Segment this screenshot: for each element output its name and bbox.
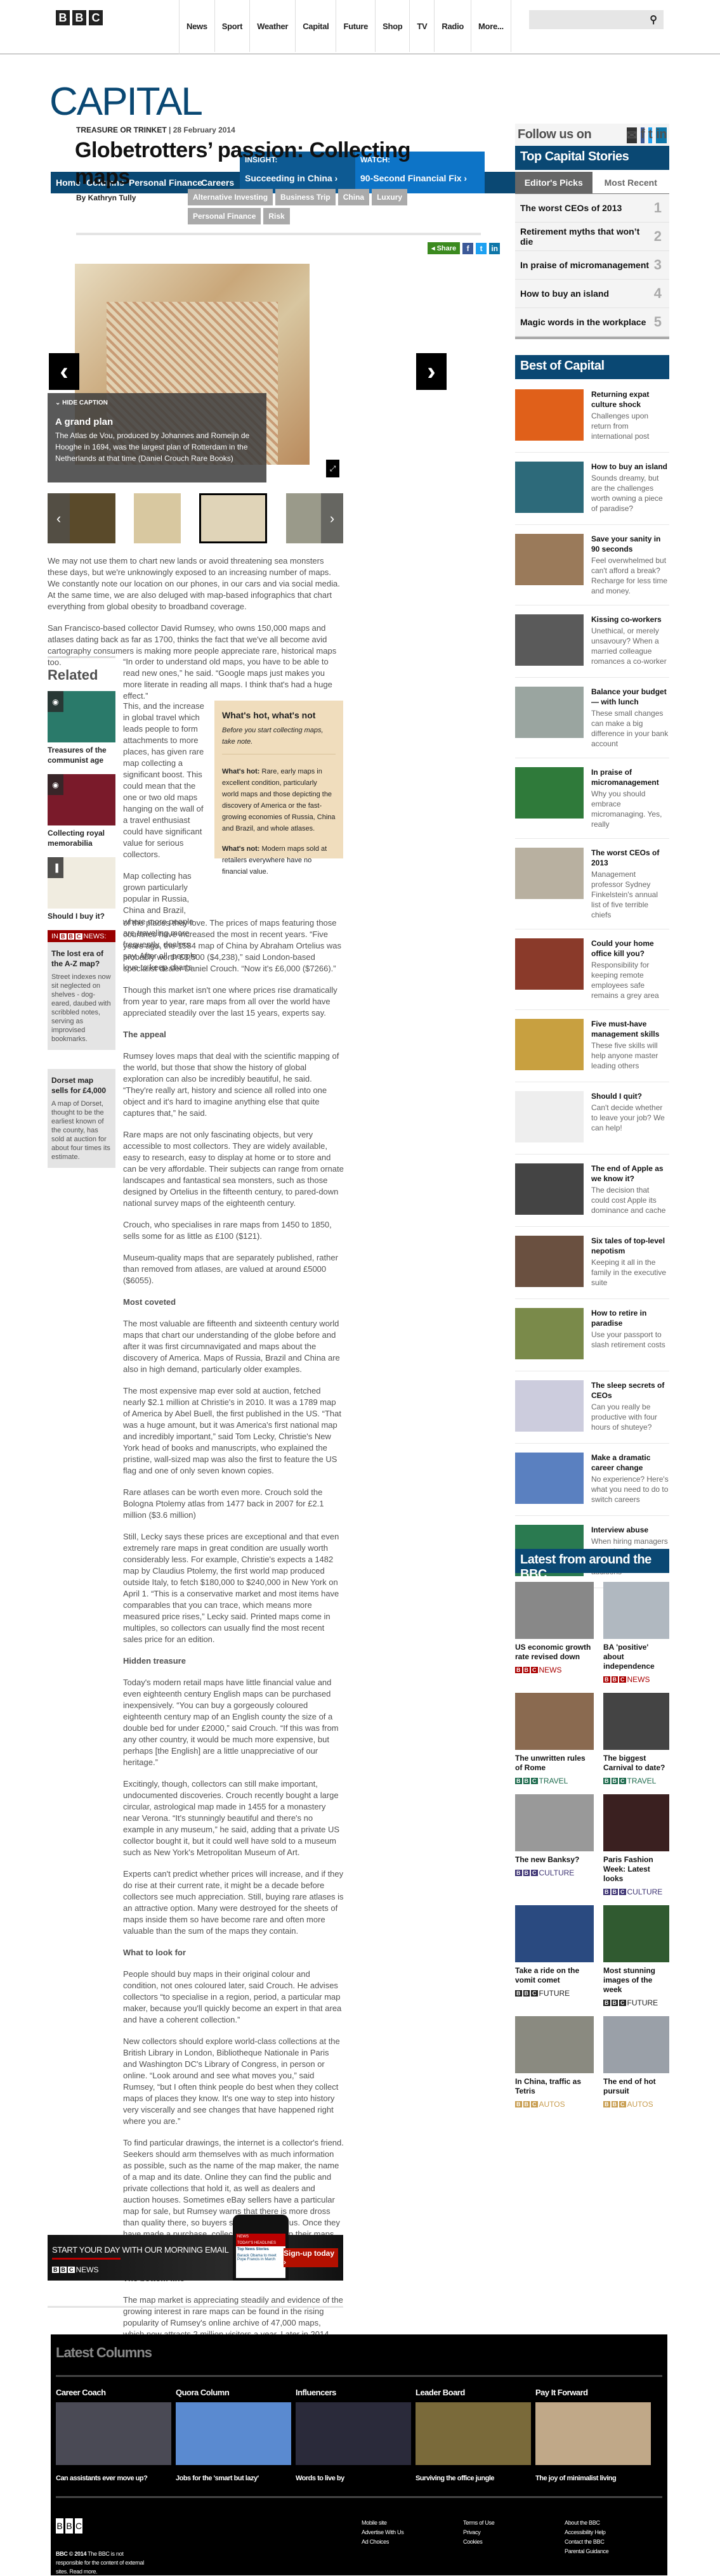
footer-link[interactable]: Terms of Use [463,2518,494,2528]
bbc-logo[interactable]: B B C [56,10,103,25]
thumbnail [515,1582,594,1639]
footer-link[interactable]: Parental Guidance [565,2547,608,2556]
bbc-brand-logo: BBCTRAVEL [515,1777,594,1785]
twitter-icon[interactable]: t [476,243,487,254]
nav-sport[interactable]: Sport [215,0,250,52]
column-card[interactable]: Career CoachCan assistants ever move up? [56,2388,171,2483]
latest-item[interactable]: The new Banksy?BBCCULTURE [515,1794,594,1896]
best-of-item[interactable]: Six tales of top-level nepotismKeeping i… [515,1227,669,1299]
divider [48,2306,343,2308]
best-of-item[interactable]: Make a dramatic career changeNo experien… [515,1444,669,1516]
column-card[interactable]: InfluencersWords to live by [296,2388,411,2483]
nav-capital[interactable]: Capital [296,0,336,52]
latest-item[interactable]: The biggest Carnival to date?BBCTRAVEL [603,1693,669,1785]
chevron-right-icon: › [427,358,435,386]
thumbnail[interactable] [134,493,181,543]
bbc-brand-logo: BBCFUTURE [515,1989,594,1998]
paragraph: Rare atlases can be worth even more. Cro… [123,1487,344,1521]
thumbnail [515,1905,594,1962]
thumbnail [515,767,584,819]
linkedin-icon[interactable]: in [656,127,667,143]
thumbs-next-button[interactable]: › [321,493,343,543]
latest-item[interactable]: Paris Fashion Week: Latest looksBBCCULTU… [603,1794,669,1896]
thumbnail [176,2402,291,2465]
paragraph: Today's modern retail maps have little f… [123,1677,344,1768]
latest-from-bbc-title: Latest from around the BBC [515,1549,669,1573]
article-kicker: TREASURE OR TRINKET | 28 February 2014 [76,126,235,134]
top-story-item[interactable]: How to buy an island4 [515,280,669,308]
related-panel: Related ◉ Treasures of the communist age… [48,656,115,1187]
news-item[interactable]: The lost era of the A-Z map? Street inde… [48,942,115,1050]
best-of-item[interactable]: In praise of micromanagementWhy you shou… [515,758,669,839]
footer-link[interactable]: Ad Choices [362,2537,403,2547]
column-name: Career Coach [56,2388,171,2397]
thumbnail [603,2016,669,2073]
paragraph: Crouch, who specialises in rare maps fro… [123,1219,344,1242]
latest-item[interactable]: In China, traffic as TetrisBBCAUTOS [515,2016,594,2109]
thumbnail [603,1582,669,1639]
column-card[interactable]: Quora ColumnJobs for the 'smart but lazy… [176,2388,291,2483]
top-story-item[interactable]: Magic words in the workplace5 [515,308,669,337]
search-icon[interactable]: ⚲ [650,13,657,26]
hotbox-title: What's hot, what's not [222,709,336,721]
paragraph: Experts can't predict whether prices wil… [123,1868,344,1937]
column-name: Leader Board [416,2388,531,2397]
top-stories-title: Top Capital Stories [515,146,669,170]
nav-news[interactable]: News [180,0,215,52]
thumbnail [603,1794,669,1851]
news-item[interactable]: Dorset map sells for £4,000 A map of Dor… [48,1069,115,1168]
latest-from-bbc-grid: US economic growth rate revised downBBCN… [515,1582,669,2109]
column-card[interactable]: Leader BoardSurviving the office jungle [416,2388,531,2483]
copyright: BBC © 2014 The BBC is not responsible fo… [56,2549,145,2576]
paragraph: Still, Lecky says these prices are excep… [123,1531,344,1645]
bbc-brand-logo: BBCAUTOS [603,2100,669,2109]
thumbnail [603,1693,669,1750]
tag-luxury[interactable]: Luxury [372,189,407,205]
gallery-next-button[interactable]: › [416,353,447,390]
rank-number: 2 [654,228,662,245]
thumbnail [515,938,584,990]
thumbnail-selected[interactable] [199,493,267,543]
hide-caption-toggle[interactable]: ⌄ HIDE CAPTION [55,399,259,406]
bbc-brand-logo: BBCNEWS [515,1666,594,1674]
morning-email-banner[interactable]: START YOUR DAY WITH OUR MORNING EMAIL BB… [48,2235,343,2281]
gallery-caption: ⌄ HIDE CAPTION A grand plan The Atlas de… [48,393,266,482]
thumbnail [515,1380,584,1432]
caption-text: The Atlas de Vou, produced by Johannes a… [55,430,259,464]
best-of-item[interactable]: The sleep secrets of CEOsCan you really … [515,1371,669,1444]
whats-hot-box: What's hot, what's not Before you start … [214,701,343,858]
thumbs-prev-button[interactable]: ‹ [48,493,70,543]
latest-item[interactable]: The end of hot pursuitBBCAUTOS [603,2016,669,2109]
twitter-icon[interactable]: t [648,127,652,143]
rank-number: 5 [654,314,662,330]
article-intro: We may not use them to chart new lands o… [48,555,343,668]
article-body: of the places they love. The prices of m… [123,917,344,2407]
divider [76,233,481,235]
paragraph: Rare maps are not only fascinating objec… [123,1129,344,1209]
best-of-item[interactable]: Balance your budget — with lunchThese sm… [515,678,669,758]
follow-us-bar: Follow us on ✉ f t in [515,124,669,146]
thumbnail [515,389,584,441]
gallery-prev-button[interactable]: ‹ [49,353,79,390]
caption-title: A grand plan [55,417,259,427]
footer-link[interactable]: Cookies [463,2537,494,2547]
tab-editors-picks[interactable]: Editor's Picks [515,172,592,193]
bbc-brand-logo: BBCNEWS [603,1675,669,1684]
section-heading: The appeal [123,1029,344,1040]
tag-risk[interactable]: Risk [263,208,289,224]
best-of-item[interactable]: Returning expat culture shockChallenges … [515,380,669,453]
tag-alternative-investing[interactable]: Alternative Investing [188,189,273,205]
bbc-brand-logo: BBCCULTURE [603,1887,669,1896]
best-of-item[interactable]: Kissing co-workersUnethical, or merely u… [515,605,669,678]
bbc-brand-logo: BBCFUTURE [603,1998,669,2007]
thumbnail [515,462,584,513]
thumbnail [515,1794,594,1851]
latest-item[interactable]: Take a ride on the vomit cometBBCFUTURE [515,1905,594,2007]
thumbnail [515,848,584,899]
related-item[interactable]: ▐ Should I buy it? [48,857,115,921]
thumbnail [515,1308,584,1359]
best-of-capital-list: Returning expat culture shockChallenges … [515,380,669,1588]
best-of-item[interactable]: Save your sanity in 90 secondsFeel overw… [515,525,669,605]
column-name: Influencers [296,2388,411,2397]
latest-item[interactable]: BA 'positive' about independenceBBCNEWS [603,1582,669,1684]
fullscreen-icon[interactable]: ⤢ [326,460,339,477]
best-of-capital-title: Best of Capital [515,355,669,379]
article-date: | 28 February 2014 [169,126,235,134]
thumbnail [603,1905,669,1962]
paragraph: Though this market isn't one where price… [123,985,344,1019]
footer-link[interactable]: Advertise With Us [362,2528,403,2537]
tag-business-trip[interactable]: Business Trip [275,189,336,205]
tag-personal-finance[interactable]: Personal Finance [188,208,261,224]
rank-number: 3 [654,257,662,273]
footer-link[interactable]: About the BBC [565,2518,608,2528]
bbc-news-logo: BBCNEWS [52,2265,99,2274]
column-name: Quora Column [176,2388,291,2397]
section-heading: Most coveted [123,1297,344,1308]
related-title: Related [48,667,115,683]
byline: By Kathryn Tully [76,193,136,202]
best-of-item[interactable]: Could your home office kill you?Responsi… [515,929,669,1010]
thumbnail [515,1693,594,1750]
thumbnail [515,2016,594,2073]
best-of-item[interactable]: The worst CEOs of 2013Management profess… [515,839,669,929]
tag-china[interactable]: China [338,189,369,205]
thumbnail [515,1163,584,1215]
tab-most-recent[interactable]: Most Recent [592,172,670,193]
camera-icon: ◉ [48,774,63,795]
chevron-left-icon: ‹ [60,358,68,386]
top-story-item[interactable]: Retirement myths that won’t die2 [515,223,669,251]
latest-columns-title: Latest Columns [56,2345,152,2361]
paragraph: New collectors should explore world-clas… [123,2036,344,2127]
paragraph: The most valuable are fifteenth and sixt… [123,1318,344,1375]
thumbnail [515,1236,584,1287]
top-stories: Editor's Picks Most Recent The worst CEO… [515,172,669,339]
newsletter-icon[interactable]: ✉ [627,127,637,143]
phone-illustration: NEWS TODAY'S HEADLINES Top News Stories … [233,2215,289,2281]
thumbnail [296,2402,411,2465]
thumbnail [56,2402,171,2465]
section-heading: What to look for [123,1947,344,1958]
related-item[interactable]: ◉ Treasures of the communist age [48,691,115,765]
nav-future[interactable]: Future [336,0,376,52]
column-card[interactable]: Pay It ForwardThe joy of minimalist livi… [535,2388,651,2483]
capital-logo[interactable]: CAPITAL [49,79,202,124]
global-nav: News Sport Weather Capital Future Shop T… [179,0,511,55]
bbc-brand-logo: BBCCULTURE [515,1868,594,1877]
thumbnail [535,2402,651,2465]
camera-icon: ◉ [48,691,63,712]
latest-item[interactable]: US economic growth rate revised downBBCN… [515,1582,594,1684]
best-of-item[interactable]: Five must-have management skillsThese fi… [515,1010,669,1082]
chart-icon: ▐ [48,857,63,878]
latest-item[interactable]: The unwritten rules of RomeBBCTRAVEL [515,1693,594,1785]
in-bbc-news-header: IN BBC NEWS: [48,930,115,942]
facebook-icon[interactable]: f [462,243,473,254]
top-story-item[interactable]: In praise of micromanagement3 [515,251,669,280]
bbc-brand-logo: BBCAUTOS [515,2100,594,2109]
footer-link[interactable]: Privacy [463,2528,494,2537]
linkedin-icon[interactable]: in [489,243,500,254]
nav-radio[interactable]: Radio [435,0,471,52]
thumbnail [515,534,584,585]
share-button[interactable]: ◂ Share [428,242,460,254]
bbc-top-bar: B B C News Sport Weather Capital Future … [0,0,720,55]
thumbnail [515,1091,584,1142]
rank-number: 1 [654,200,662,216]
paragraph: Museum-quality maps that are separately … [123,1252,344,1286]
column-link[interactable]: TREASURE OR TRINKET [76,126,167,134]
best-of-item[interactable]: How to buy an islandSounds dreamy, but a… [515,453,669,525]
footer-link[interactable]: Mobile site [362,2518,403,2528]
search-input[interactable]: ⚲ [529,10,664,29]
gallery-thumbnails: ‹ › [48,493,343,543]
footer-link[interactable]: Contact the BBC [565,2537,608,2547]
best-of-item[interactable]: Should I quit?Can't decide whether to le… [515,1082,669,1155]
top-story-item[interactable]: The worst CEOs of 20131 [515,194,669,223]
nav-tv[interactable]: TV [410,0,435,52]
page-title: Globetrotters’ passion: Collecting maps [75,137,455,190]
tag-list: Alternative Investing Business Trip Chin… [188,189,448,224]
thumbnail [515,687,584,738]
bbc-footer-logo[interactable]: BBC [56,2518,82,2534]
bbc-brand-logo: BBCTRAVEL [603,1777,669,1785]
thumbnail [515,614,584,666]
paragraph: Excitingly, though, collectors can still… [123,1778,344,1858]
nav-more[interactable]: More... [471,0,511,52]
latest-item[interactable]: Most stunning images of the weekBBCFUTUR… [603,1905,669,2007]
thumbnail [416,2402,531,2465]
signup-button[interactable]: Sign-up today › [284,2248,338,2267]
rank-number: 4 [654,285,662,302]
paragraph: Rumsey loves maps that deal with the sci… [123,1051,344,1119]
best-of-item[interactable]: How to retire in paradiseUse your passpo… [515,1299,669,1371]
facebook-icon[interactable]: f [641,127,645,143]
section-heading: Hidden treasure [123,1655,344,1667]
nav-weather[interactable]: Weather [250,0,296,52]
paragraph: People should buy maps in their original… [123,1969,344,2026]
paragraph: The most expensive map ever sold at auct… [123,1385,344,1477]
column-name: Pay It Forward [535,2388,651,2397]
nav-shop[interactable]: Shop [376,0,410,52]
footer-section: Latest Columns Career CoachCan assistant… [51,2334,667,2575]
share-bar: ◂ Share f t in [428,242,500,254]
footer-link[interactable]: Accessibility Help [565,2528,608,2537]
thumbnail [515,1019,584,1070]
best-of-item[interactable]: The end of Apple as we know it?The decis… [515,1155,669,1227]
related-item[interactable]: ◉ Collecting royal memorabilia [48,774,115,848]
thumbnail [515,1453,584,1504]
